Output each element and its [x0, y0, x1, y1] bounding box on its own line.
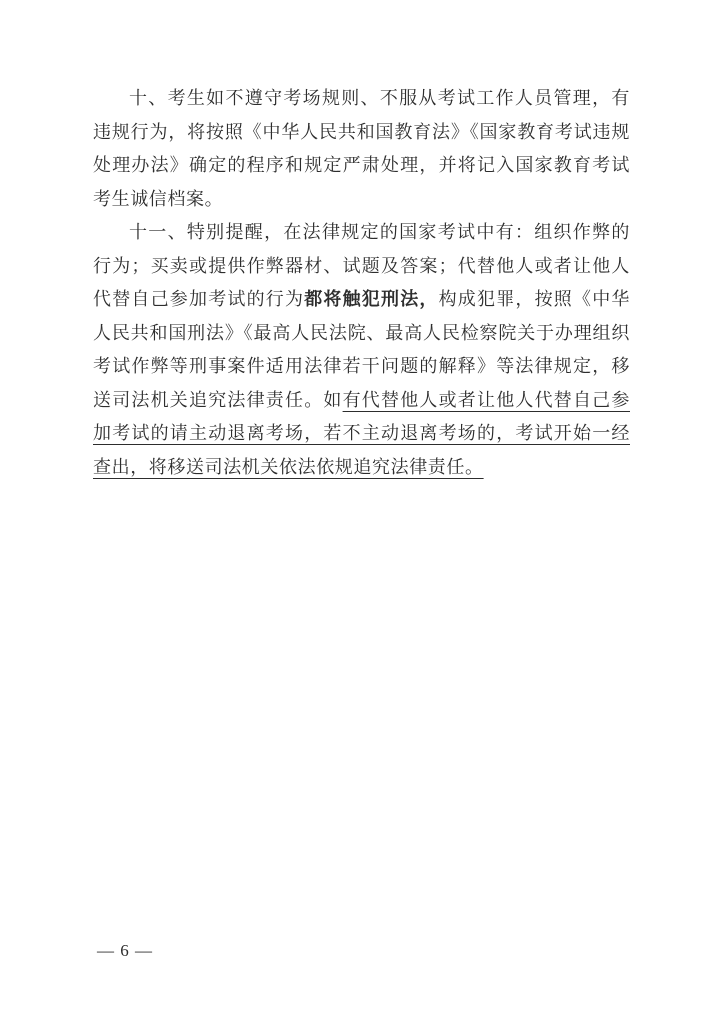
paragraph-rule-10: 十、考生如不遵守考场规则、不服从考试工作人员管理，有违规行为，将按照《中华人民共… — [93, 82, 630, 216]
paragraph-rule-11: 十一、特别提醒，在法律规定的国家考试中有：组织作弊的行为；买卖或提供作弊器材、试… — [93, 216, 630, 484]
rule-11-bold-warning-text: 都将触犯刑法， — [304, 289, 438, 309]
rule-10-text: 十、考生如不遵守考场规则、不服从考试工作人员管理，有违规行为，将按照《中华人民共… — [93, 88, 630, 209]
document-body: 十、考生如不遵守考场规则、不服从考试工作人员管理，有违规行为，将按照《中华人民共… — [93, 82, 630, 484]
page-number: — 6 — — [97, 941, 153, 961]
document-page: 十、考生如不遵守考场规则、不服从考试工作人员管理，有违规行为，将按照《中华人民共… — [0, 0, 724, 1024]
